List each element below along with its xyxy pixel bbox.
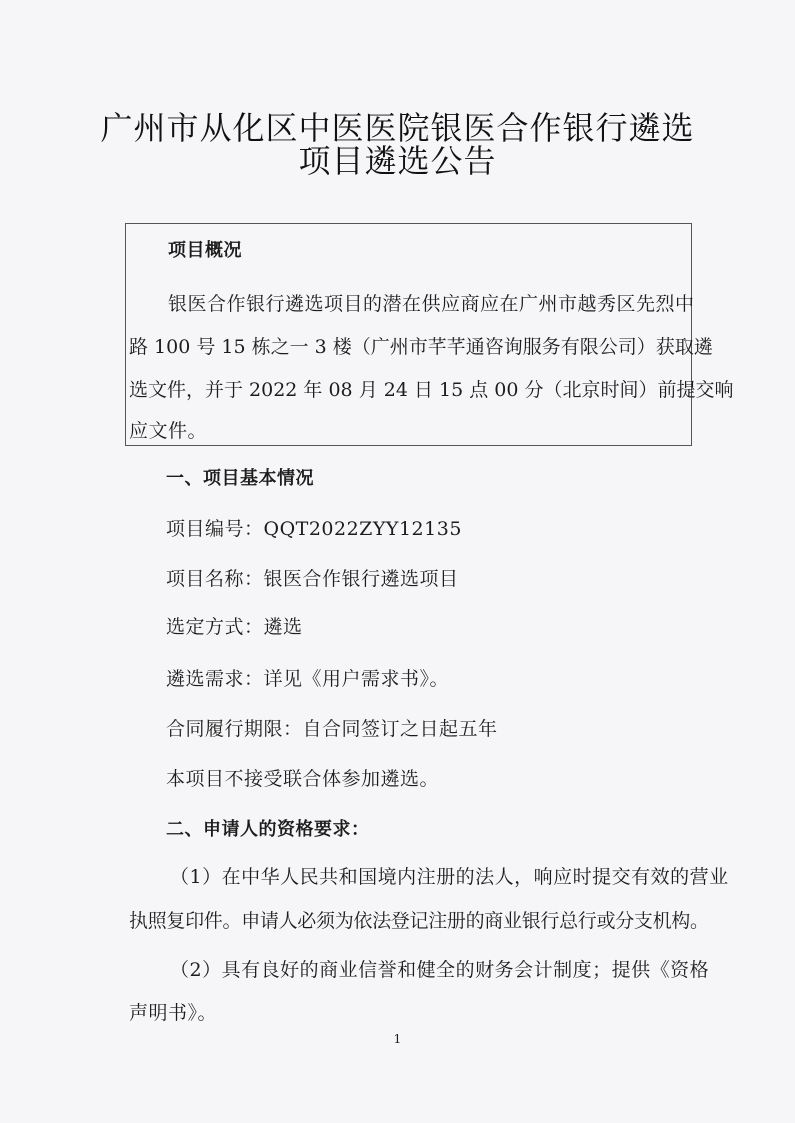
section2-line: 声明书》。	[129, 998, 217, 1025]
section1-item: 遴选需求：详见《用户需求书》。	[166, 664, 449, 691]
overview-line: 路 100 号 15 栋之一 3 楼（广州市芊芊通咨询服务有限公司）获取遴	[129, 332, 713, 359]
section2-line: （2）具有良好的商业信誉和健全的财务会计制度；提供《资格	[170, 955, 709, 982]
overview-line: 应文件。	[129, 416, 207, 443]
section1-heading: 一、项目基本情况	[166, 464, 314, 490]
page-number: 1	[0, 1032, 795, 1046]
section1-item: 本项目不接受联合体参加遴选。	[166, 764, 439, 791]
overview-heading: 项目概况	[168, 236, 242, 262]
document-title-line2: 项目遴选公告	[0, 136, 795, 182]
section1-item: 项目编号：QQT2022ZYY12135	[166, 514, 462, 541]
section2-heading: 二、申请人的资格要求：	[166, 815, 370, 841]
section1-item: 选定方式：遴选	[166, 612, 303, 639]
section2-line: （1）在中华人民共和国境内注册的法人，响应时提交有效的营业	[170, 862, 729, 889]
section2-line: 执照复印件。申请人必须为依法登记注册的商业银行总行或分支机构。	[129, 906, 709, 933]
section1-item: 项目名称：银医合作银行遴选项目	[166, 564, 459, 591]
overview-line: 选文件，并于 2022 年 08 月 24 日 15 点 00 分（北京时间）前…	[129, 375, 733, 402]
section1-item: 合同履行期限：自合同签订之日起五年	[166, 714, 498, 741]
overview-line: 银医合作银行遴选项目的潜在供应商应在广州市越秀区先烈中	[168, 289, 695, 316]
